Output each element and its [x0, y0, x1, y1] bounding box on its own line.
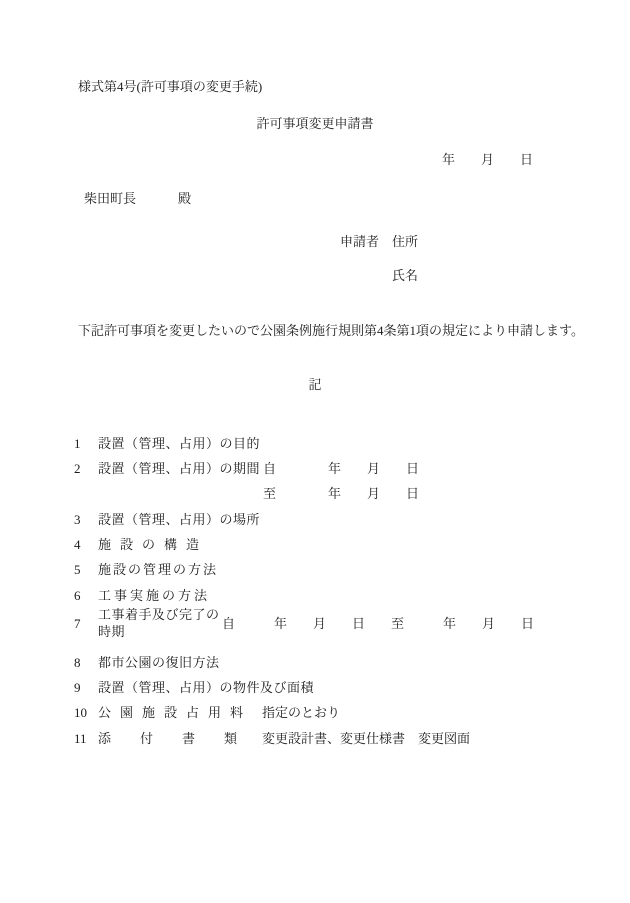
list-item-9: 9 設置（管理、占用）の物件及び面積 — [74, 680, 314, 695]
item-number: 4 — [74, 537, 98, 552]
document-page: 様式第4号(許可事項の変更手続) 許可事項変更申請書 年 月 日 柴田町長殿 申… — [0, 0, 630, 903]
list-item-6: 6 工事実施の方法 — [74, 588, 210, 603]
item-value-date-from: 自 年 月 日 — [263, 461, 419, 476]
list-item-7: 7 工事着手及び完了の時期 自 年 月 日 至 年 月 日 — [74, 606, 534, 640]
item-label: 設置（管理、占用）の目的 — [98, 436, 260, 451]
list-item-8: 8 都市公園の復旧方法 — [74, 655, 220, 670]
item-label: 都市公園の復旧方法 — [98, 655, 220, 670]
item-number: 1 — [74, 436, 98, 451]
list-item-3: 3 設置（管理、占用）の場所 — [74, 512, 260, 527]
item-number: 9 — [74, 680, 98, 695]
list-item-10: 10 公園施設占用料 指定のとおり — [74, 705, 340, 720]
form-number: 様式第4号(許可事項の変更手続) — [78, 79, 262, 94]
item-value: 指定のとおり — [262, 705, 340, 720]
applicant-address-label: 住所 — [392, 234, 418, 249]
list-item-1: 1 設置（管理、占用）の目的 — [74, 436, 260, 451]
item-number: 3 — [74, 512, 98, 527]
list-item-5: 5 施設の管理の方法 — [74, 562, 218, 577]
item-number: 10 — [74, 705, 98, 720]
record-marker: 記 — [0, 377, 630, 392]
item-number: 2 — [74, 461, 98, 476]
item-label: 公園施設占用料 — [98, 705, 262, 720]
item-label: 施設の構造 — [98, 537, 208, 552]
addressee-name: 柴田町長 — [84, 191, 136, 206]
item-number: 8 — [74, 655, 98, 670]
date-line: 年 月 日 — [442, 152, 533, 167]
item-label: 施設の管理の方法 — [98, 562, 218, 577]
list-item-2-line2: 至 年 月 日 — [263, 486, 419, 501]
item-number: 11 — [74, 731, 98, 746]
document-title: 許可事項変更申請書 — [0, 116, 630, 131]
item-number: 5 — [74, 562, 98, 577]
item-value: 変更設計書、変更仕様書 変更図面 — [262, 731, 470, 746]
list-item-2: 2 設置（管理、占用）の期間 自 年 月 日 — [74, 461, 419, 476]
item-value-date-range: 自 年 月 日 至 年 月 日 — [222, 616, 534, 631]
list-item-4: 4 施設の構造 — [74, 537, 208, 552]
item-number: 7 — [74, 616, 98, 631]
list-item-11: 11 添付書類 変更設計書、変更仕様書 変更図面 — [74, 731, 470, 746]
item-label: 添付書類 — [98, 731, 262, 746]
item-label: 工事着手及び完了の時期 — [98, 606, 222, 640]
body-paragraph: 下記許可事項を変更したいので公園条例施行規則第4条第1項の規定により申請します。 — [65, 323, 605, 338]
addressee-honorific: 殿 — [178, 191, 191, 206]
applicant-name-line: 氏名 — [392, 268, 418, 283]
applicant-label: 申請者 — [340, 234, 379, 249]
applicant-line: 申請者住所 — [340, 234, 418, 249]
item-label: 設置（管理、占用）の物件及び面積 — [98, 680, 314, 695]
addressee-line: 柴田町長殿 — [84, 191, 191, 206]
item-label: 工事実施の方法 — [98, 588, 210, 603]
item-number: 6 — [74, 588, 98, 603]
applicant-name-label: 氏名 — [392, 268, 418, 283]
item-label: 設置（管理、占用）の期間 — [98, 461, 263, 476]
item-label: 設置（管理、占用）の場所 — [98, 512, 260, 527]
